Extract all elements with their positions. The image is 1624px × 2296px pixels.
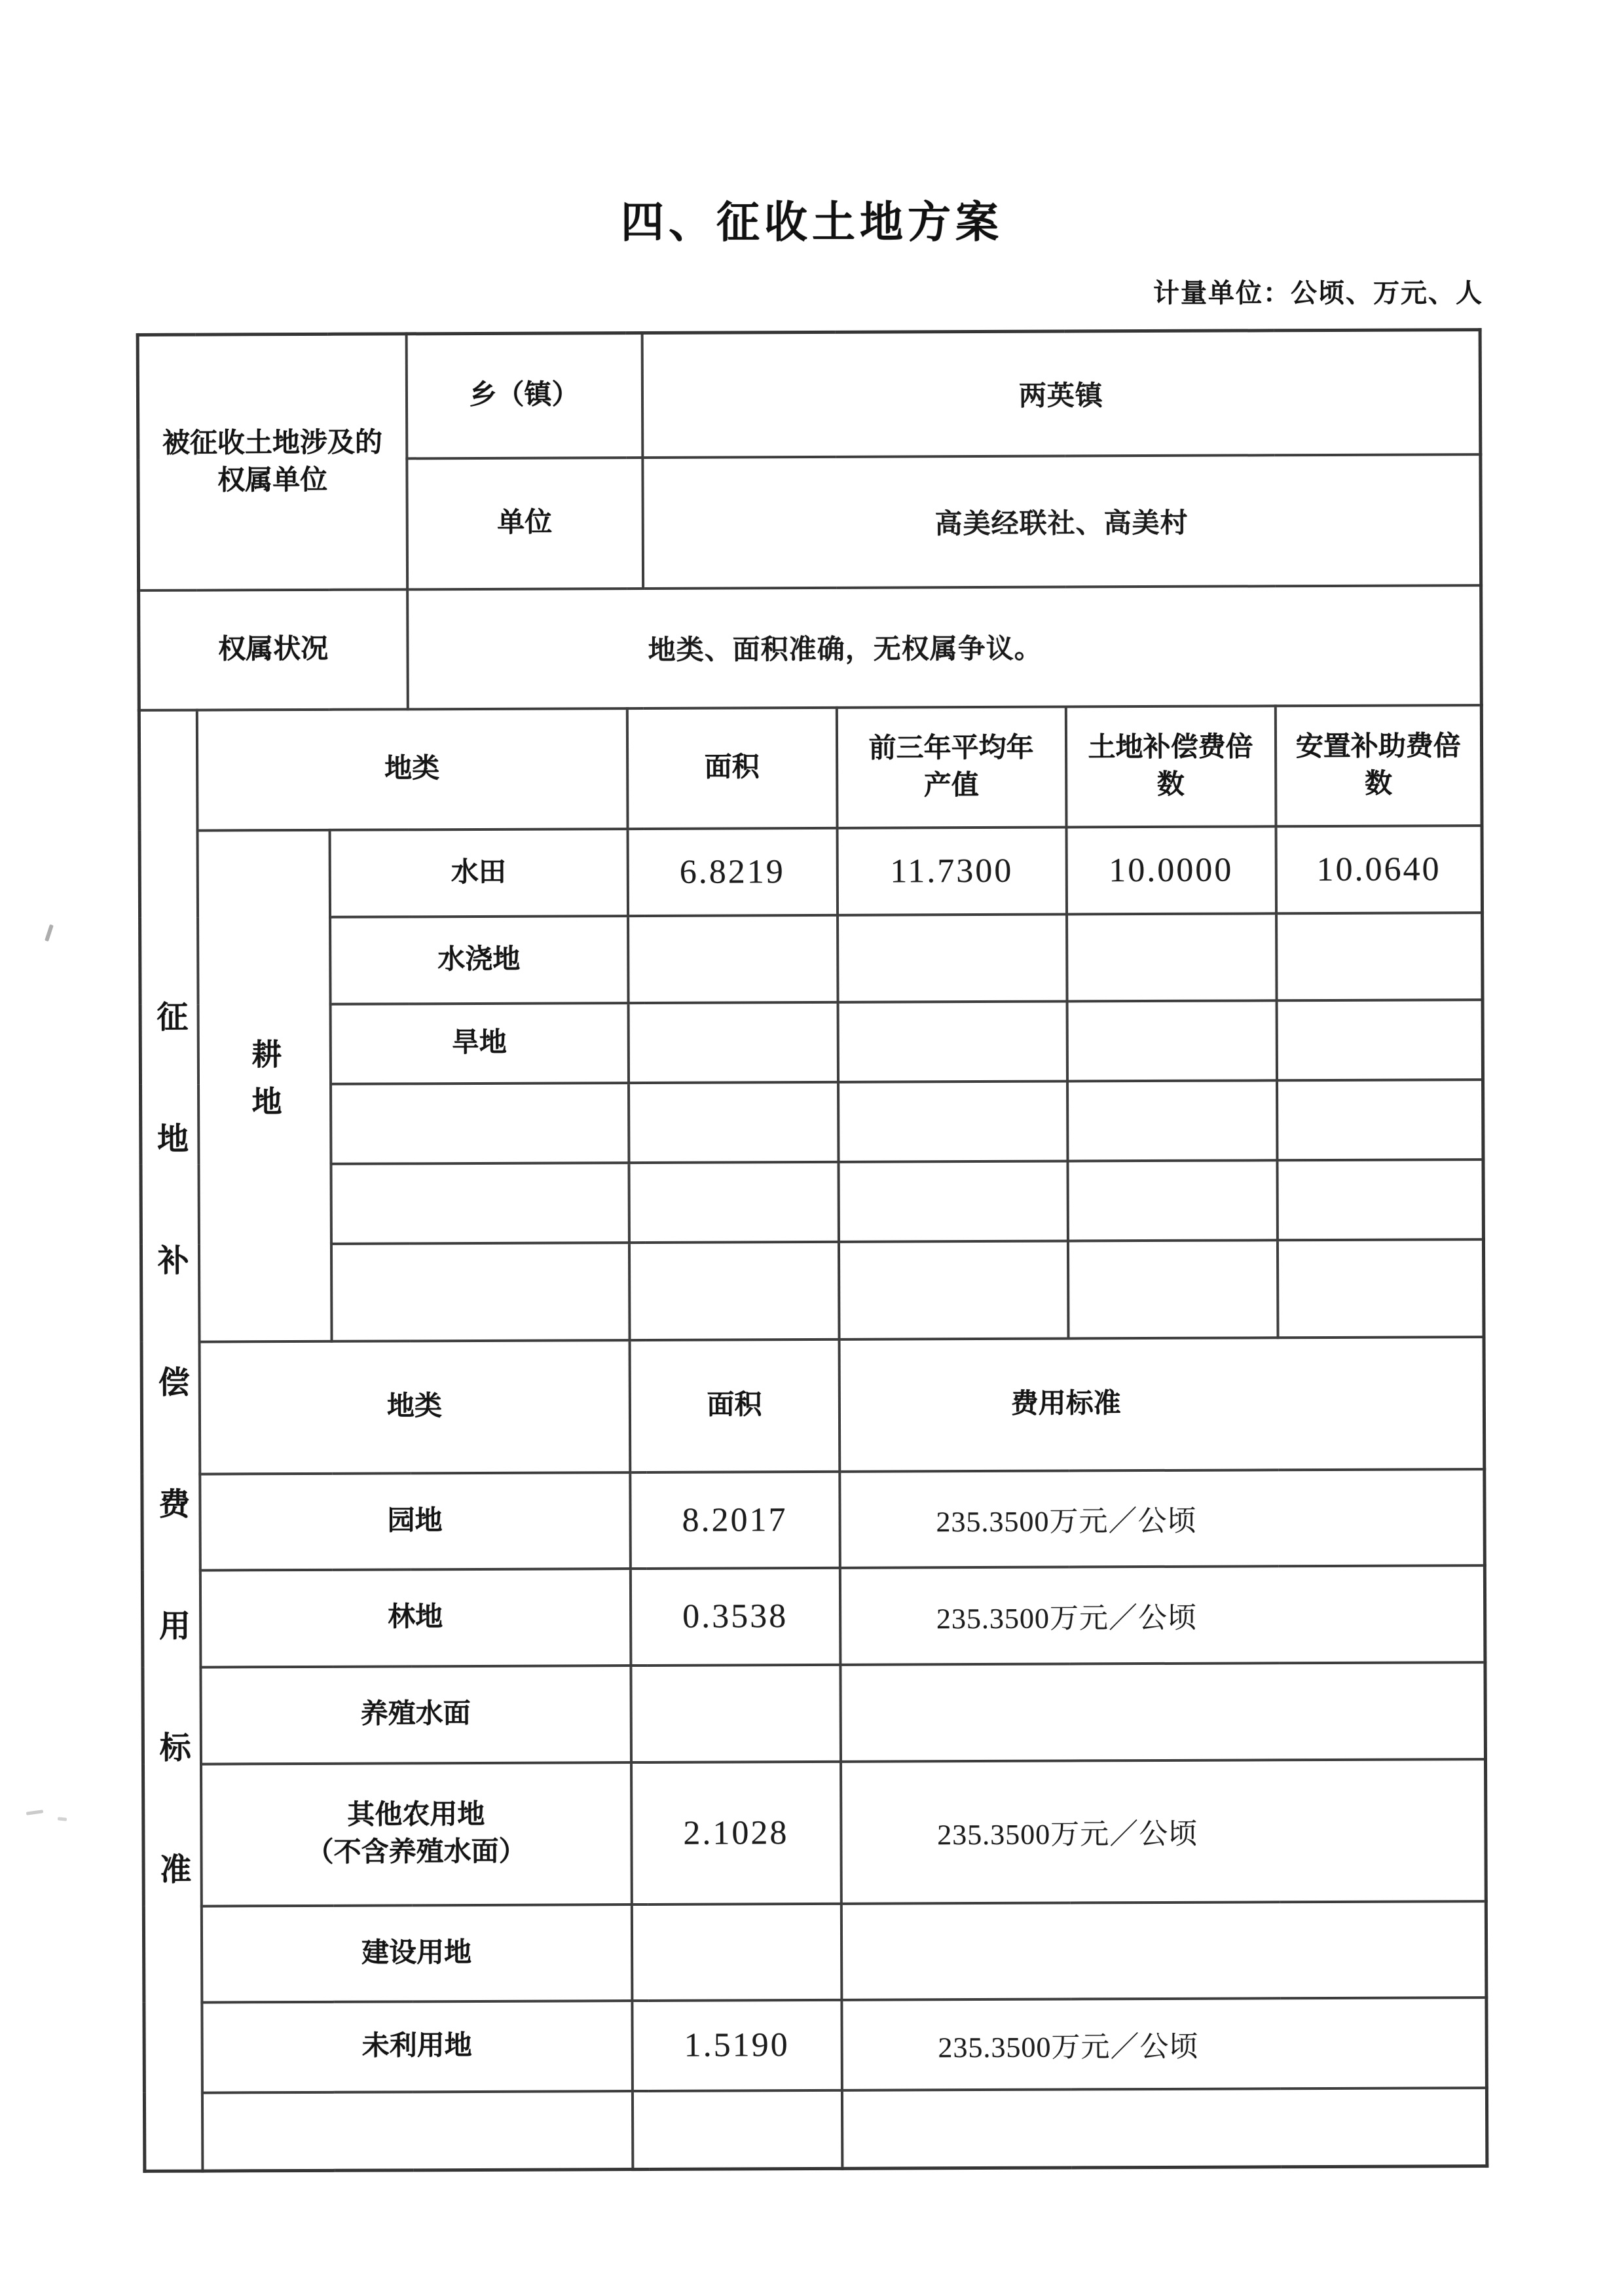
area-cell — [631, 1664, 841, 1762]
land-type-cell: 其他农用地 （不含养殖水面） — [201, 1762, 632, 1906]
area-cell: 8.2017 — [630, 1471, 840, 1568]
township-label: 乡（镇） — [406, 333, 642, 458]
s1-header-area: 面积 — [627, 707, 837, 828]
land-type-cell: 养殖水面 — [200, 1666, 631, 1764]
land-type-cell: 建设用地 — [201, 1904, 632, 2003]
resettlement-multiplier-cell — [1276, 913, 1483, 1000]
row-empty-crop — [141, 1239, 1484, 1342]
output-cell — [838, 1161, 1067, 1241]
resettlement-multiplier-cell — [1276, 1000, 1483, 1080]
s1-header-avg-annual-output: 前三年平均年 产值 — [836, 706, 1066, 828]
s1-header-land-type: 地类 — [196, 708, 627, 831]
s1-header-resettlement-multiplier: 安置补助费倍 数 — [1275, 705, 1482, 826]
row-forest-land: 林地 0.3538 235.3500万元／公顷 — [142, 1565, 1485, 1667]
compensation-standard-side-label: 征地补偿费用标准 — [139, 710, 202, 2171]
scan-artifact — [26, 1810, 43, 1815]
area-cell — [629, 1241, 839, 1339]
area-cell: 0.3538 — [630, 1567, 840, 1665]
resettlement-multiplier-cell — [1277, 1159, 1483, 1240]
land-type-cell: 未利用地 — [202, 2001, 633, 2093]
area-cell: 1.5190 — [632, 1999, 842, 2090]
row-paddy-field: 耕地 水田 6.8219 11.7300 10.0000 10.0640 — [139, 826, 1483, 918]
land-multiplier-cell: 10.0000 — [1066, 826, 1276, 914]
resettlement-multiplier-cell — [1277, 1080, 1483, 1160]
row-dry-land: 旱地 — [140, 1000, 1483, 1085]
row-empty-crop — [141, 1159, 1484, 1245]
land-multiplier-cell — [1067, 1000, 1276, 1081]
row-ownership-status: 权属状况 地类、面积准确，无权属争议。 — [139, 585, 1482, 710]
fee-standard-cell: 235.3500万元／公顷 — [840, 1565, 1485, 1665]
township-value: 两英镇 — [642, 330, 1481, 458]
land-type-cell: 水田 — [329, 829, 628, 917]
row-section2-header: 地类 面积 费用标准 — [141, 1337, 1485, 1474]
land-type-cell — [331, 1243, 629, 1341]
area-cell: 6.8219 — [627, 828, 838, 915]
resettlement-multiplier-cell: 10.0640 — [1276, 826, 1483, 913]
s2-header-area: 面积 — [629, 1339, 840, 1472]
land-type-cell: 水浇地 — [330, 916, 629, 1004]
area-cell — [629, 1161, 838, 1242]
unit-value: 高美经联社、高美村 — [642, 454, 1481, 589]
output-cell — [838, 1081, 1067, 1161]
land-type-cell: 林地 — [200, 1569, 631, 1667]
fee-standard-cell — [841, 2088, 1486, 2169]
form-table: 被征收土地涉及的 权属单位 乡（镇） 两英镇 单位 高美经联社、高美村 权属状况… — [136, 328, 1489, 2173]
ownership-status-label: 权属状况 — [139, 589, 408, 710]
scan-artifact — [58, 1817, 67, 1821]
fee-standard-cell: 235.3500万元／公顷 — [841, 1997, 1487, 2090]
area-cell — [631, 1903, 841, 2000]
row-unused-land: 未利用地 1.5190 235.3500万元／公顷 — [144, 1997, 1487, 2093]
row-section1-header: 征地补偿费用标准 地类 面积 前三年平均年 产值 土地补偿费倍 数 安置补助费倍… — [139, 705, 1482, 831]
land-expropriation-table: 被征收土地涉及的 权属单位 乡（镇） 两英镇 单位 高美经联社、高美村 权属状况… — [136, 328, 1489, 2173]
involved-ownership-units-label: 被征收土地涉及的 权属单位 — [138, 334, 407, 591]
scan-artifact — [45, 924, 54, 942]
area-cell — [629, 1082, 838, 1162]
area-cell — [628, 915, 838, 1002]
land-multiplier-cell — [1067, 913, 1277, 1001]
land-type-cell — [331, 1163, 629, 1244]
row-construction-land: 建设用地 — [143, 1901, 1486, 2003]
cultivated-land-group-label: 耕地 — [197, 829, 331, 1341]
s2-header-fee-standard: 费用标准 — [839, 1337, 1485, 1472]
s1-header-land-comp-multiplier: 土地补偿费倍 数 — [1065, 706, 1276, 827]
output-cell: 11.7300 — [837, 827, 1067, 915]
output-cell — [838, 1001, 1067, 1082]
row-empty-crop — [141, 1080, 1484, 1165]
resettlement-multiplier-cell — [1277, 1239, 1484, 1338]
output-cell — [838, 914, 1067, 1002]
fee-standard-cell: 235.3500万元／公顷 — [840, 1469, 1485, 1568]
unit-label: 单位 — [407, 457, 643, 589]
row-township: 被征收土地涉及的 权属单位 乡（镇） 两英镇 — [138, 330, 1481, 460]
row-empty-bottom — [144, 2088, 1487, 2172]
land-type-cell — [202, 2091, 632, 2172]
output-cell — [838, 1241, 1068, 1339]
area-cell — [628, 1002, 838, 1082]
land-multiplier-cell — [1067, 1240, 1278, 1338]
s2-header-land-type: 地类 — [199, 1340, 630, 1474]
land-multiplier-cell — [1067, 1080, 1277, 1161]
row-aquaculture-water: 养殖水面 — [143, 1662, 1486, 1764]
land-type-cell — [331, 1083, 629, 1164]
row-other-agricultural-land: 其他农用地 （不含养殖水面） 2.1028 235.3500万元／公顷 — [143, 1759, 1486, 1906]
area-cell — [632, 2090, 841, 2169]
land-type-cell: 园地 — [200, 1472, 631, 1571]
fee-standard-cell — [840, 1662, 1486, 1762]
ownership-status-value: 地类、面积准确，无权属争议。 — [407, 585, 1482, 709]
row-garden-land: 园地 8.2017 235.3500万元／公顷 — [142, 1469, 1485, 1571]
fee-standard-cell — [841, 1901, 1486, 2000]
fee-standard-cell: 235.3500万元／公顷 — [841, 1759, 1486, 1904]
page-title: 四、征收土地方案 — [0, 187, 1624, 249]
row-irrigated-land: 水浇地 — [140, 913, 1483, 1005]
land-multiplier-cell — [1067, 1160, 1277, 1241]
measurement-unit-note: 计量单位：公顷、万元、人 — [1153, 272, 1483, 310]
land-type-cell: 旱地 — [330, 1003, 628, 1084]
area-cell: 2.1028 — [631, 1761, 841, 1904]
